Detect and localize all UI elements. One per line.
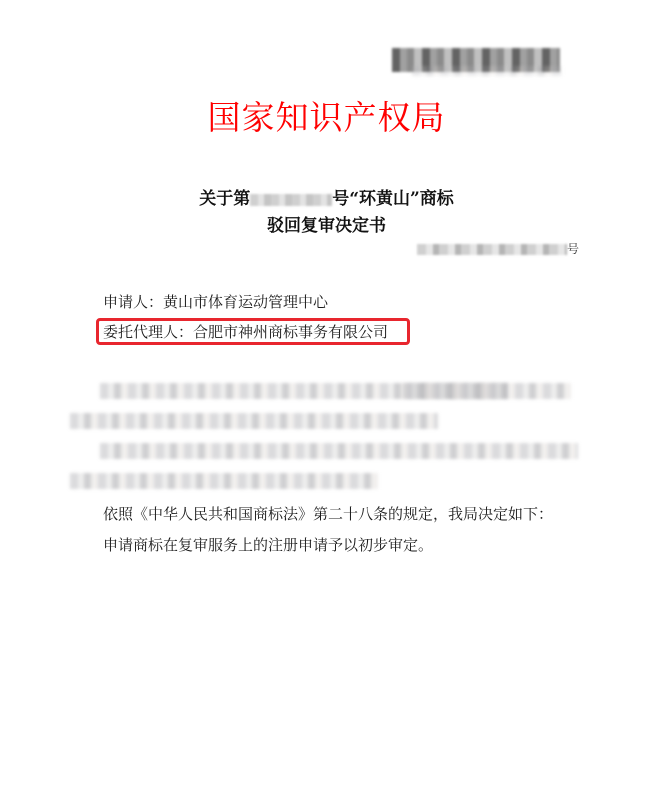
redacted-paragraph-line-3 <box>100 443 578 459</box>
applicant-line: 申请人：黄山市体育运动管理中心 <box>103 291 328 313</box>
redacted-paragraph-line-4 <box>70 473 378 489</box>
document-title-line2: 驳回复审决定书 <box>0 214 653 238</box>
title-prefix: 关于第 <box>199 189 250 209</box>
agent-highlight-box <box>96 318 410 345</box>
decision-text: 申请商标在复审服务上的注册申请予以初步审定。 <box>103 534 433 556</box>
document-title-line1: 关于第号“环黄山”商标 <box>0 187 653 211</box>
redacted-paragraph-line-2 <box>70 413 438 429</box>
organization-title: 国家知识产权局 <box>0 96 653 140</box>
redacted-document-number <box>417 244 567 255</box>
decision-basis: 依照《中华人民共和国商标法》第二十八条的规定，我局决定如下： <box>103 503 553 525</box>
redacted-trademark-number <box>250 194 332 206</box>
document-number: 号 <box>417 241 579 257</box>
document-number-suffix: 号 <box>567 242 579 256</box>
applicant-label: 申请人： <box>103 293 163 311</box>
applicant-value: 黄山市体育运动管理中心 <box>163 293 328 311</box>
title-suffix: 号“环黄山”商标 <box>332 189 454 209</box>
redacted-paragraph-line-1b <box>403 383 571 399</box>
redacted-stamp-shadow <box>412 66 562 76</box>
